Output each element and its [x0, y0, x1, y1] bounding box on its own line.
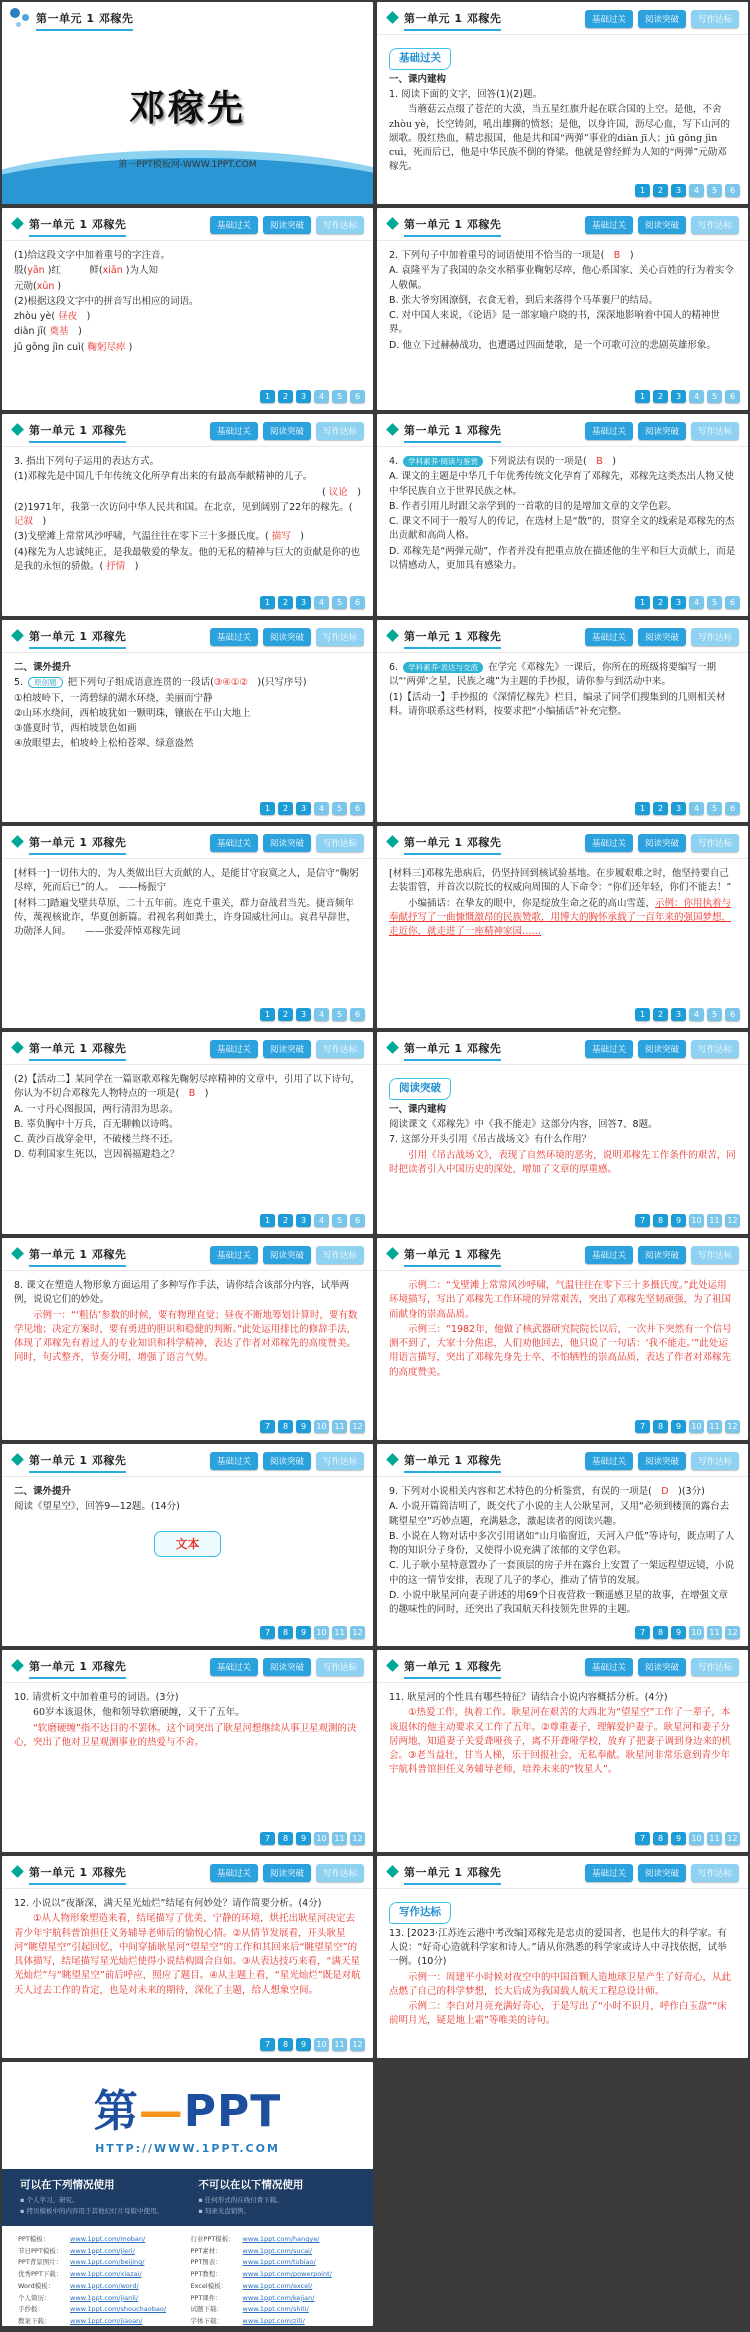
page-number-button[interactable]: 10 [689, 1214, 704, 1227]
nav-button-jichu[interactable]: 基础过关 [585, 1246, 633, 1264]
page-number-button[interactable]: 10 [689, 1626, 704, 1639]
page-number-button[interactable]: 2 [278, 1214, 293, 1227]
slide-header-title: 第一单元 1 邓稼先 [29, 1658, 126, 1679]
page-number-button[interactable]: 5 [332, 1214, 347, 1227]
nav-button-yuedu[interactable]: 阅读突破 [638, 1452, 686, 1470]
nav-button-jichu[interactable]: 基础过关 [585, 834, 633, 852]
page-number-button[interactable]: 9 [296, 1420, 311, 1433]
diamond-icon [11, 1247, 24, 1260]
page-number-button[interactable]: 4 [314, 802, 329, 815]
nav-button-yuedu[interactable]: 阅读突破 [263, 1658, 311, 1676]
link-url[interactable]: www.1ppt.com/beijing/ [70, 2258, 144, 2266]
page-number-button[interactable]: 8 [653, 1832, 668, 1845]
link-item: Word模板：www.1ppt.com/word/ [18, 2281, 191, 2293]
slide-header: 第一单元 1 邓稼先基础过关阅读突破写作达标 [2, 1856, 373, 1889]
page-number-button[interactable]: 7 [260, 1832, 275, 1845]
page-number-button[interactable]: 2 [653, 184, 668, 197]
page-number-button[interactable]: 1 [635, 184, 650, 197]
page-number-button[interactable]: 4 [689, 184, 704, 197]
text-line: 元勋(xūn ) [14, 280, 361, 294]
diamond-icon [11, 1453, 24, 1466]
nav-button-yuedu[interactable]: 阅读突破 [263, 422, 311, 440]
slide-header-title: 第一单元 1 邓稼先 [404, 10, 501, 31]
nav-button-jichu[interactable]: 基础过关 [210, 422, 258, 440]
page-number-button[interactable]: 5 [707, 802, 722, 815]
nav-button-jichu[interactable]: 基础过关 [585, 628, 633, 646]
nav-button-xiezuo[interactable]: 写作达标 [316, 834, 364, 852]
slide-thumbnail: 第一单元 1 邓稼先基础过关阅读突破写作达标二、课外提升5. 原创题 把下列句子… [2, 620, 373, 822]
nav-button-xiezuo[interactable]: 写作达标 [316, 216, 364, 234]
text-segment: 殷( [14, 265, 27, 276]
text-line: 5. 原创题 把下列句子组成语意连贯的一段话(③④①② )(只写序号) [14, 676, 361, 690]
page-number-button[interactable]: 8 [278, 1626, 293, 1639]
page-number-button[interactable]: 9 [671, 1420, 686, 1433]
nav-button-xiezuo[interactable]: 写作达标 [691, 10, 739, 28]
section-tag: 阅读突破 [389, 1078, 451, 1100]
text-line: zhòu yè( 昼夜 ) [14, 310, 361, 324]
slide-thumbnail: 第一单元 1 邓稼先基础过关阅读突破写作达标阅读突破一、课内建构阅读课文《邓稼先… [377, 1032, 748, 1234]
nav-button-xiezuo[interactable]: 写作达标 [691, 1452, 739, 1470]
text-segment: ) [291, 531, 304, 542]
nav-button-yuedu[interactable]: 阅读突破 [263, 1452, 311, 1470]
nav-button-jichu[interactable]: 基础过关 [210, 1040, 258, 1058]
page-number-button[interactable]: 2 [278, 390, 293, 403]
page-number-button[interactable]: 6 [350, 802, 365, 815]
link-label: 行业PPT模板： [191, 2234, 243, 2246]
link-url[interactable]: www.1ppt.com/jianli/ [70, 2294, 138, 2302]
page-number-button[interactable]: 12 [725, 1214, 740, 1227]
page-number-button[interactable]: 5 [707, 596, 722, 609]
nav-button-yuedu[interactable]: 阅读突破 [263, 628, 311, 646]
text-line: 10. 请赏析文中加着重号的词语。(3分) [14, 1691, 361, 1705]
page-number-button[interactable]: 8 [278, 2038, 293, 2051]
text-segment: 示例一：周建平小时候对夜空中的中国首颗人造地球卫星产生了好奇心，从此点燃了自己的… [389, 1972, 731, 1997]
page-number-button[interactable]: 2 [653, 596, 668, 609]
page-number-button[interactable]: 2 [278, 596, 293, 609]
page-number-button[interactable]: 11 [332, 2038, 347, 2051]
nav-button-jichu[interactable]: 基础过关 [210, 628, 258, 646]
text-segment: ④放眼望去，柏坡岭上松柏苍翠、绿意盎然 [14, 738, 194, 749]
question-type-badge: 学科素养·阅读与鉴赏 [403, 456, 483, 467]
page-number-button[interactable]: 11 [707, 1420, 722, 1433]
diamond-icon [11, 1865, 24, 1878]
link-label: PPT教程： [191, 2269, 243, 2281]
text-line: 示例三：“1982年，他做了核武器研究院院长以后，一次井下突然有一个信号测不到了… [389, 1323, 736, 1380]
text-segment: A. 小说开篇简洁明了，既交代了小说的主人公耿星河，又用“必须到楼顶的露台去眺望… [389, 1501, 729, 1526]
usage-allowed-column: 可以在下列情况使用▪ 个人学习、研究。▪ 拷贝模板中的内容用于其他幻灯片母版中使… [20, 2177, 192, 2217]
page-number-button[interactable]: 8 [653, 1420, 668, 1433]
nav-button-yuedu[interactable]: 阅读突破 [263, 834, 311, 852]
page-number-button[interactable]: 3 [296, 1214, 311, 1227]
nav-button-xiezuo[interactable]: 写作达标 [691, 628, 739, 646]
page-number-button[interactable]: 4 [314, 596, 329, 609]
nav-button-xiezuo[interactable]: 写作达标 [691, 422, 739, 440]
page-number-button[interactable]: 10 [314, 1626, 329, 1639]
page-number-button[interactable]: 9 [671, 1214, 686, 1227]
nav-button-jichu[interactable]: 基础过关 [585, 1452, 633, 1470]
slide-thumbnail: 第一单元 1 邓稼先基础过关阅读突破写作达标12. 小说以“夜渐深，满天星光灿烂… [2, 1856, 373, 2058]
page-number-button[interactable]: 12 [725, 1626, 740, 1639]
text-segment: ) [33, 516, 46, 527]
page-number-button[interactable]: 1 [260, 1214, 275, 1227]
slide-body: 10. 请赏析文中加着重号的词语。(3分) 60岁本该退休，他和领导软磨硬缠，又… [2, 1683, 373, 1755]
text-segment: )(只写序号) [248, 677, 307, 688]
nav-button-xiezuo[interactable]: 写作达标 [316, 1658, 364, 1676]
page-number-button[interactable]: 6 [725, 184, 740, 197]
page-number-button[interactable]: 1 [635, 596, 650, 609]
nav-button-xiezuo[interactable]: 写作达标 [691, 834, 739, 852]
link-url[interactable]: www.1ppt.com/xiazai/ [70, 2270, 142, 2278]
slide-header-title: 第一单元 1 邓稼先 [404, 1864, 501, 1885]
page-number-button[interactable]: 3 [296, 802, 311, 815]
nav-button-jichu[interactable]: 基础过关 [210, 1246, 258, 1264]
link-url[interactable]: www.1ppt.com/word/ [70, 2282, 139, 2290]
slide-thumbnail: 第一单元 1 邓稼先基础过关阅读突破写作达标(2)【活动二】某同学在一篇讴歌邓稼… [2, 1032, 373, 1234]
nav-button-yuedu[interactable]: 阅读突破 [263, 1246, 311, 1264]
text-line: 引用《吊古战场文》，表现了自然环境的恶劣，说明邓稼先工作条件的艰苦，同时把读者引… [389, 1149, 736, 1178]
link-url[interactable]: www.1ppt.com/excel/ [243, 2282, 313, 2290]
nav-button-yuedu[interactable]: 阅读突破 [638, 422, 686, 440]
text-segment: 把下列句子组成语意连贯的一段话( [65, 677, 214, 688]
text-segment: 60岁本该退休，他和领导软磨硬缠，又干了五年。 [14, 1707, 245, 1718]
page-number-button[interactable]: 10 [314, 1420, 329, 1433]
section-nav: 基础过关阅读突破写作达标 [210, 216, 364, 234]
text-segment: )(3分) [669, 1486, 705, 1497]
page-number-button[interactable]: 2 [653, 802, 668, 815]
link-url[interactable]: www.1ppt.com/moban/ [70, 2235, 145, 2243]
nav-button-xiezuo[interactable]: 写作达标 [316, 1040, 364, 1058]
page-number-button[interactable]: 1 [260, 390, 275, 403]
nav-button-xiezuo[interactable]: 写作达标 [691, 1040, 739, 1058]
page-number-button[interactable]: 11 [707, 1832, 722, 1845]
page-number-button[interactable]: 3 [671, 184, 686, 197]
text-line: 当蘑菇云点缀了苍茫的大漠，当五星红旗升起在联合国的上空。是他，不舍zhòu yè… [389, 103, 736, 174]
nav-button-jichu[interactable]: 基础过关 [585, 216, 633, 234]
pagination: 789101112 [635, 1626, 740, 1639]
text-segment: yān [27, 265, 44, 276]
nav-button-jichu[interactable]: 基础过关 [210, 834, 258, 852]
usage-forbidden-title: 不可以在以下情况使用 [198, 2177, 355, 2192]
page-number-button[interactable]: 3 [296, 1008, 311, 1021]
page-number-button[interactable]: 4 [689, 390, 704, 403]
slide-header: 第一单元 1 邓稼先 [2, 2, 373, 34]
page-number-button[interactable]: 8 [278, 1832, 293, 1845]
page-number-button[interactable]: 1 [260, 596, 275, 609]
text-segment: A. 课文的主题是中华几千年优秀传统文化孕育了邓稼先，邓稼先这类杰出人物又使中华… [389, 471, 734, 496]
page-number-button[interactable]: 3 [296, 596, 311, 609]
diamond-icon [11, 629, 24, 642]
section-nav: 基础过关阅读突破写作达标 [585, 1864, 739, 1882]
section-nav: 基础过关阅读突破写作达标 [210, 628, 364, 646]
nav-button-jichu[interactable]: 基础过关 [210, 1658, 258, 1676]
link-item: PPT图表：www.1ppt.com/tubiao/ [191, 2257, 364, 2269]
page-number-button[interactable]: 10 [314, 1832, 329, 1845]
page-number-button[interactable]: 10 [314, 2038, 329, 2051]
footer-logo: 第—PPT [2, 2090, 373, 2134]
page-number-button[interactable]: 9 [671, 1626, 686, 1639]
page-number-button[interactable]: 6 [350, 1214, 365, 1227]
slide-header: 第一单元 1 邓稼先基础过关阅读突破写作达标 [2, 826, 373, 859]
page-number-button[interactable]: 11 [332, 1626, 347, 1639]
text-view-button[interactable]: 文本 [154, 1531, 220, 1557]
nav-button-yuedu[interactable]: 阅读突破 [263, 1040, 311, 1058]
page-number-button[interactable]: 3 [671, 390, 686, 403]
nav-button-jichu[interactable]: 基础过关 [210, 216, 258, 234]
nav-button-jichu[interactable]: 基础过关 [210, 1864, 258, 1882]
nav-button-xiezuo[interactable]: 写作达标 [316, 1864, 364, 1882]
page-number-button[interactable]: 5 [332, 390, 347, 403]
nav-button-xiezuo[interactable]: 写作达标 [316, 1452, 364, 1470]
text-line: 3. 指出下列句子运用的表达方式。 [14, 455, 361, 469]
text-segment: 抒情 [106, 561, 125, 572]
text-segment: C. 黄沙百战穿金甲，不破楼兰终不还。 [14, 1134, 179, 1145]
page-number-button[interactable]: 1 [635, 390, 650, 403]
nav-button-yuedu[interactable]: 阅读突破 [638, 1864, 686, 1882]
page-number-button[interactable]: 5 [332, 802, 347, 815]
diamond-icon [386, 835, 399, 848]
page-number-button[interactable]: 2 [653, 1008, 668, 1021]
link-url[interactable]: www.1ppt.com/shouchaobao/ [70, 2305, 166, 2313]
slide-thumbnail: 第一单元 1 邓稼先邓稼先第一PPT模板网-WWW.1PPT.COM [2, 2, 373, 204]
page-number-button[interactable]: 7 [260, 1420, 275, 1433]
text-line: ①柏坡岭下，一湾碧绿的湖水环绕，美丽而宁静 [14, 692, 361, 706]
section-nav: 基础过关阅读突破写作达标 [585, 422, 739, 440]
link-item: 行业PPT模板：www.1ppt.com/hangye/ [191, 2234, 364, 2246]
nav-button-xiezuo[interactable]: 写作达标 [316, 628, 364, 646]
link-item: PPT素材：www.1ppt.com/sucai/ [191, 2246, 364, 2258]
page-number-button[interactable]: 11 [332, 1420, 347, 1433]
text-segment: (2)1971年，我第一次访问中华人民共和国。在北京，见到阔别了22年的稼先。( [14, 502, 352, 513]
link-url[interactable]: www.1ppt.com/shiti/ [243, 2305, 309, 2313]
page-number-button[interactable]: 9 [671, 1832, 686, 1845]
page-number-button[interactable]: 6 [725, 390, 740, 403]
page-number-button[interactable]: 5 [332, 596, 347, 609]
link-item: PPT背景图片：www.1ppt.com/beijing/ [18, 2257, 191, 2269]
page-number-button[interactable]: 10 [689, 1420, 704, 1433]
text-line: 小编插话：在挚友的眼中，你是绽放生命之花的高山雪莲，示例：你用执着与奉献抒写了一… [389, 897, 736, 940]
page-number-button[interactable]: 3 [671, 802, 686, 815]
text-segment: (1)【活动一】手抄报的《深情忆稼先》栏目，编录了同学们搜集到的几则相关材料。请… [389, 692, 725, 717]
text-line: B. 小说在人物对话中多次引用诸如“山月临窗近，天河入户低”等诗句，既点明了人物… [389, 1530, 736, 1559]
nav-button-xiezuo[interactable]: 写作达标 [316, 422, 364, 440]
pagination: 789101112 [260, 1420, 365, 1433]
page-number-button[interactable]: 12 [350, 1626, 365, 1639]
nav-button-xiezuo[interactable]: 写作达标 [691, 1246, 739, 1264]
text-segment: [材料三]邓稼先患病后，仍坚持回到核试验基地。在步履艰难之时，他坚持要自己去装雷… [389, 868, 731, 893]
page-number-button[interactable]: 6 [725, 596, 740, 609]
link-item: Excel模板：www.1ppt.com/excel/ [191, 2281, 364, 2293]
page-number-button[interactable]: 7 [635, 1214, 650, 1227]
page-number-button[interactable]: 1 [260, 1008, 275, 1021]
nav-button-jichu[interactable]: 基础过关 [585, 1864, 633, 1882]
page-number-button[interactable]: 7 [260, 1626, 275, 1639]
page-number-button[interactable]: 12 [725, 1832, 740, 1845]
page-number-button[interactable]: 12 [350, 2038, 365, 2051]
text-segment: ) [620, 250, 633, 261]
slide-header-title: 第一单元 1 邓稼先 [29, 1864, 126, 1885]
pagination: 123456 [635, 596, 740, 609]
page-number-button[interactable]: 4 [314, 390, 329, 403]
section-nav: 基础过关阅读突破写作达标 [585, 834, 739, 852]
link-url[interactable]: www.1ppt.com/jiaoan/ [70, 2317, 142, 2325]
page-number-button[interactable]: 6 [350, 390, 365, 403]
text-segment: 示例一：“‘粗估’参数的时候，要有物理直觉；昼夜不断地筹划计算时，要有数学见地；… [14, 1310, 357, 1364]
slide-body: 写作达标13. [2023·江苏连云港中考改编]邓稼先是忠贞的爱国者，也是伟大的… [377, 1889, 748, 2034]
nav-button-yuedu[interactable]: 阅读突破 [638, 1246, 686, 1264]
nav-button-jichu[interactable]: 基础过关 [585, 1658, 633, 1676]
slide-body: 9. 下列对小说相关内容和艺术特色的分析鉴赏，有误的一项是( D )(3分)A.… [377, 1477, 748, 1622]
nav-button-xiezuo[interactable]: 写作达标 [691, 1658, 739, 1676]
page-number-button[interactable]: 8 [653, 1214, 668, 1227]
page-number-button[interactable]: 5 [707, 184, 722, 197]
page-number-button[interactable]: 9 [296, 1832, 311, 1845]
page-number-button[interactable]: 5 [707, 1008, 722, 1021]
link-url[interactable]: www.1ppt.com/jieri/ [70, 2247, 135, 2255]
nav-button-jichu[interactable]: 基础过关 [210, 1452, 258, 1470]
slide-header: 第一单元 1 邓稼先基础过关阅读突破写作达标 [2, 1650, 373, 1683]
text-segment: D. 邓稼先是“两弹元勋”，作者并没有把重点放在描述他的生平和巨大贡献上，而是以… [389, 546, 735, 571]
nav-button-jichu[interactable]: 基础过关 [585, 422, 633, 440]
page-number-button[interactable]: 2 [278, 1008, 293, 1021]
text-segment: B. 小说在人物对话中多次引用诸如“山月临窗近，天河入户低”等诗句，既点明了人物… [389, 1531, 734, 1556]
nav-button-yuedu[interactable]: 阅读突破 [263, 1864, 311, 1882]
section-tag-row: 阅读突破 [389, 1072, 736, 1102]
link-label: PPT素材： [191, 2246, 243, 2258]
page-number-button[interactable]: 3 [671, 1008, 686, 1021]
link-url[interactable]: www.1ppt.com/sucai/ [243, 2247, 313, 2255]
page-number-button[interactable]: 6 [725, 802, 740, 815]
nav-button-yuedu[interactable]: 阅读突破 [638, 216, 686, 234]
pagination: 123456 [260, 390, 365, 403]
page-number-button[interactable]: 1 [260, 802, 275, 815]
nav-button-yuedu[interactable]: 阅读突破 [638, 10, 686, 28]
page-number-button[interactable]: 7 [260, 2038, 275, 2051]
slide-thumbnail: 第一单元 1 邓稼先基础过关阅读突破写作达标3. 指出下列句子运用的表达方式。(… [2, 414, 373, 616]
page-number-button[interactable]: 12 [350, 1832, 365, 1845]
page-number-button[interactable]: 6 [350, 596, 365, 609]
text-segment: 当蘑菇云点缀了苍茫的大漠，当五星红旗升起在联合国的上空。是他，不舍zhòu yè… [389, 104, 730, 172]
nav-button-xiezuo[interactable]: 写作达标 [691, 216, 739, 234]
page-number-button[interactable]: 7 [635, 1420, 650, 1433]
link-url[interactable]: www.1ppt.com/tubiao/ [243, 2258, 316, 2266]
footer-site-url[interactable]: HTTP://WWW.1PPT.COM [2, 2142, 373, 2155]
slide-thumbnail: 第一单元 1 邓稼先基础过关阅读突破写作达标[材料一]一切伟大的、为人类做出巨大… [2, 826, 373, 1028]
pebble-decoration-icon [10, 8, 20, 18]
slide-header-title: 第一单元 1 邓稼先 [404, 1040, 501, 1061]
link-url[interactable]: www.1ppt.com/kejian/ [243, 2294, 315, 2302]
nav-button-xiezuo[interactable]: 写作达标 [316, 1246, 364, 1264]
text-segment: 二、课外提升 [14, 1486, 71, 1497]
page-number-button[interactable]: 4 [689, 1008, 704, 1021]
link-label: PPT图表： [191, 2257, 243, 2269]
page-number-button[interactable]: 7 [635, 1832, 650, 1845]
pagination: 123456 [260, 596, 365, 609]
page-number-button[interactable]: 9 [296, 1626, 311, 1639]
slide-header: 第一单元 1 邓稼先基础过关阅读突破写作达标 [2, 208, 373, 241]
text-line: ②山环水绕间，西柏坡犹如一颗明珠，镶嵌在平山大地上 [14, 707, 361, 721]
page-number-button[interactable]: 4 [689, 596, 704, 609]
slide-header: 第一单元 1 邓稼先基础过关阅读突破写作达标 [377, 2, 748, 35]
slide-thumbnail: 第一单元 1 邓稼先基础过关阅读突破写作达标6. 学科素养·表达与交流 在学完《… [377, 620, 748, 822]
page-number-button[interactable]: 5 [707, 390, 722, 403]
nav-button-jichu[interactable]: 基础过关 [585, 1040, 633, 1058]
page-number-button[interactable]: 7 [635, 1626, 650, 1639]
link-label: 个人简历： [18, 2293, 70, 2305]
text-segment: 议论 [329, 487, 348, 498]
page-number-button[interactable]: 6 [725, 1008, 740, 1021]
text-line: 示例二：李白对月亮充满好奇心，于是写出了“小时不识月，呼作白玉盘”“床前明月光，… [389, 2000, 736, 2029]
slide-header-title: 第一单元 1 邓稼先 [404, 422, 501, 443]
slide-header-title: 第一单元 1 邓稼先 [404, 628, 501, 649]
page-number-button[interactable]: 12 [350, 1420, 365, 1433]
slide-header: 第一单元 1 邓稼先基础过关阅读突破写作达标 [377, 1650, 748, 1683]
page-number-button[interactable]: 2 [653, 390, 668, 403]
nav-button-yuedu[interactable]: 阅读突破 [638, 1658, 686, 1676]
page-number-button[interactable]: 11 [707, 1214, 722, 1227]
slide-thumbnail: 第一单元 1 邓稼先基础过关阅读突破写作达标8. 课文在塑造人物形象方面运用了多… [2, 1238, 373, 1440]
page-number-button[interactable]: 3 [671, 596, 686, 609]
text-line: ①热爱工作，执着工作。耿星河在艰苦的大西北为“望星空”工作了一辈子，本该退休的他… [389, 1706, 736, 1777]
nav-button-xiezuo[interactable]: 写作达标 [691, 1864, 739, 1882]
text-segment: 2. 下列句子中加着重号的词语使用不恰当的一项是( [389, 250, 614, 261]
diamond-icon [386, 629, 399, 642]
slide-body: (1)给这段文字中加着重号的字注音。殷(yān )红 鲜(xiǎn )为人知元勋… [2, 241, 373, 360]
page-number-button[interactable]: 9 [296, 2038, 311, 2051]
text-segment: (3)戈壁滩上常常风沙呼啸，气温往往在零下三十多摄氏度。( [14, 531, 272, 542]
slide-header-title: 第一单元 1 邓稼先 [29, 628, 126, 649]
section-tag-row: 写作达标 [389, 1896, 736, 1926]
page-number-button[interactable]: 3 [296, 390, 311, 403]
page-number-button[interactable]: 4 [314, 1008, 329, 1021]
link-item: 字体下载：www.1ppt.com/ziti/ [191, 2316, 364, 2326]
page-number-button[interactable]: 8 [278, 1420, 293, 1433]
section-nav: 基础过关阅读突破写作达标 [210, 834, 364, 852]
lesson-title: 邓稼先 [2, 80, 373, 131]
link-url[interactable]: www.1ppt.com/hangye/ [243, 2235, 320, 2243]
section-nav: 基础过关阅读突破写作达标 [210, 1452, 364, 1470]
nav-button-yuedu[interactable]: 阅读突破 [263, 216, 311, 234]
nav-button-yuedu[interactable]: 阅读突破 [638, 628, 686, 646]
link-url[interactable]: www.1ppt.com/powerpoint/ [243, 2270, 332, 2278]
page-number-button[interactable]: 1 [635, 802, 650, 815]
link-url[interactable]: www.1ppt.com/ziti/ [243, 2317, 305, 2325]
text-segment: ) [348, 487, 361, 498]
page-number-button[interactable]: 5 [332, 1008, 347, 1021]
page-number-button[interactable]: 10 [689, 1832, 704, 1845]
text-segment: )为人知 [123, 265, 158, 276]
section-nav: 基础过关阅读突破写作达标 [210, 1040, 364, 1058]
nav-button-yuedu[interactable]: 阅读突破 [638, 1040, 686, 1058]
diamond-icon [386, 1865, 399, 1878]
page-number-button[interactable]: 4 [314, 1214, 329, 1227]
page-number-button[interactable]: 6 [350, 1008, 365, 1021]
nav-button-yuedu[interactable]: 阅读突破 [638, 834, 686, 852]
template-site-credit: 第一PPT模板网-WWW.1PPT.COM [2, 157, 373, 170]
text-segment: “软磨硬缠”指不达目的不罢休。这个词突出了耿星河想继续从事卫星观测的决心，突出了… [14, 1723, 356, 1748]
page-number-button[interactable]: 8 [653, 1626, 668, 1639]
nav-button-jichu[interactable]: 基础过关 [585, 10, 633, 28]
text-line: 示例一：“‘粗估’参数的时候，要有物理直觉；昼夜不断地筹划计算时，要有数学见地；… [14, 1309, 361, 1366]
page-number-button[interactable]: 2 [278, 802, 293, 815]
page-number-button[interactable]: 1 [635, 1008, 650, 1021]
page-number-button[interactable]: 4 [689, 802, 704, 815]
page-number-button[interactable]: 11 [332, 1832, 347, 1845]
text-line: B. 张大爷穷困潦倒，衣食无着，到后来落得个马革裹尸的结局。 [389, 294, 736, 308]
slide-body: [材料三]邓稼先患病后，仍坚持回到核试验基地。在步履艰难之时，他坚持要自己去装雷… [377, 859, 748, 944]
link-label: 教案下载： [18, 2316, 70, 2326]
page-number-button[interactable]: 11 [707, 1626, 722, 1639]
page-number-button[interactable]: 12 [725, 1420, 740, 1433]
